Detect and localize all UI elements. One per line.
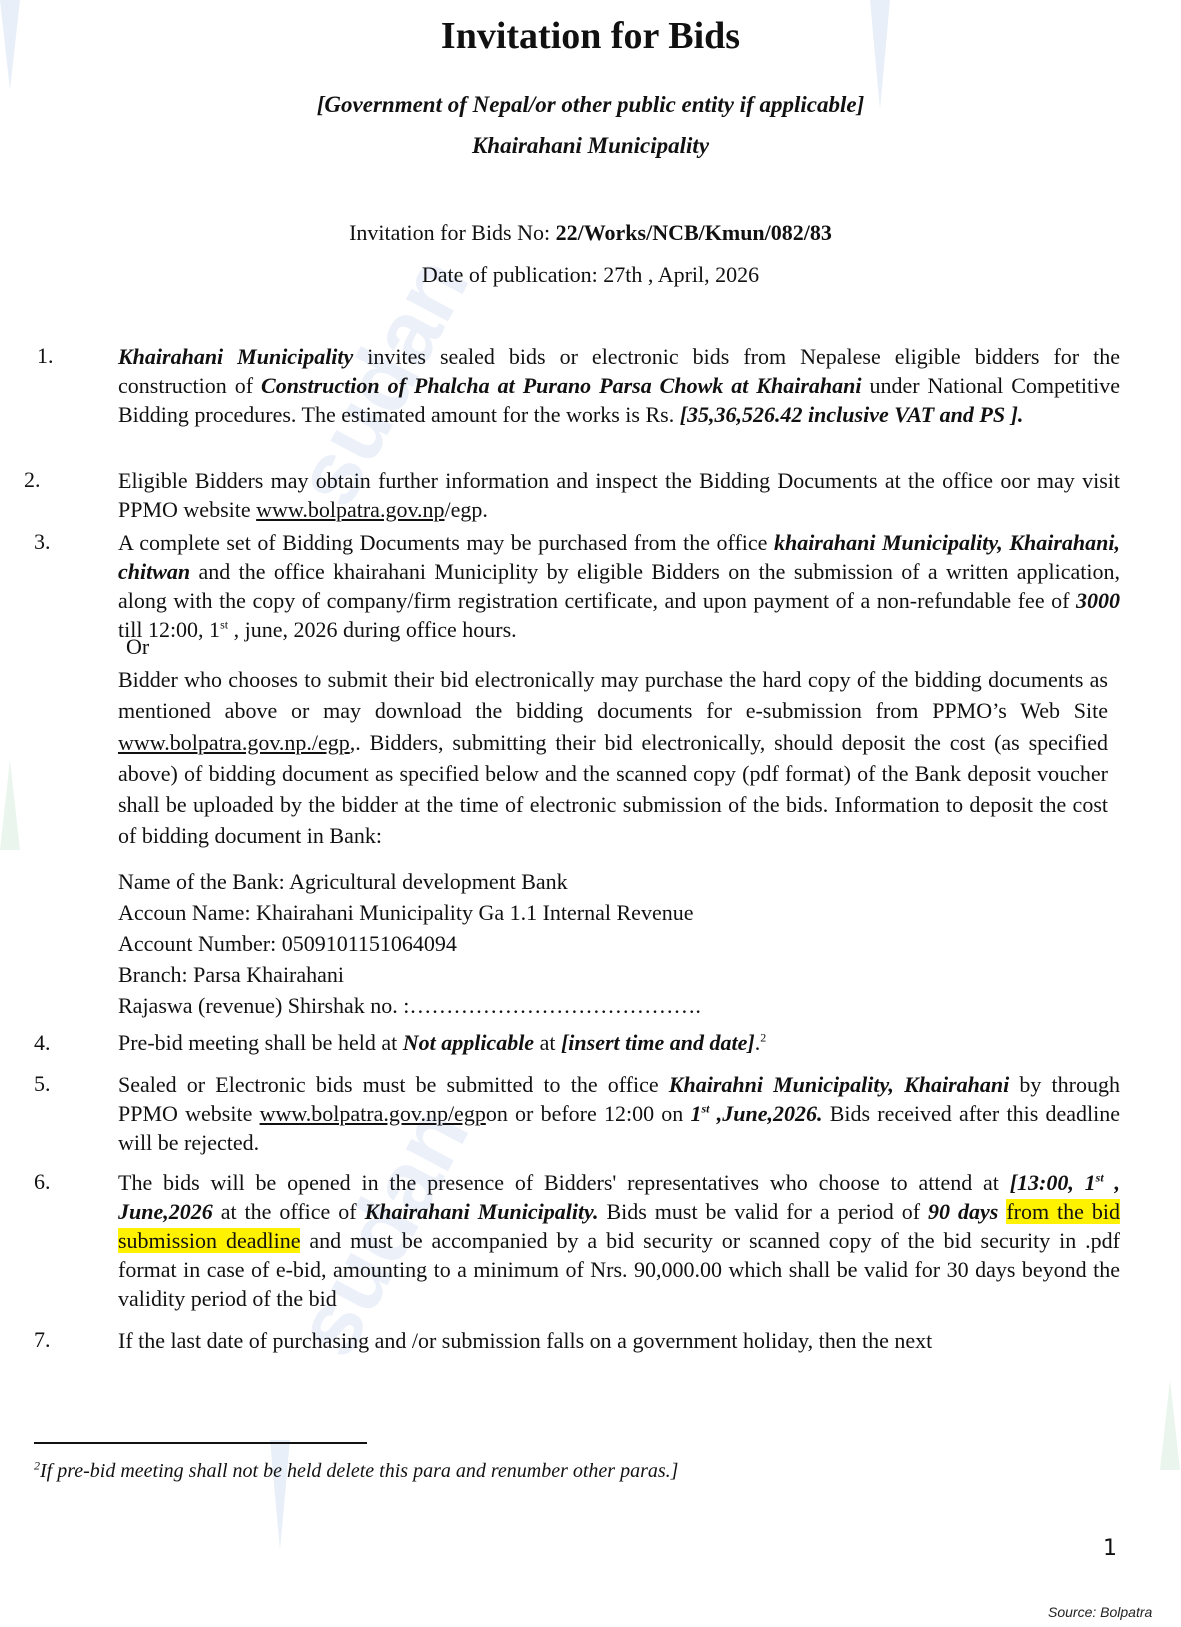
paragraph-2: Eligible Bidders may obtain further info… xyxy=(118,466,1120,524)
source-credit: Source: Bolpatra xyxy=(1048,1604,1152,1620)
watermark-arrow-icon xyxy=(1160,1380,1180,1470)
bolpatra-egp-link[interactable]: www.bolpatra.gov.np./egp xyxy=(118,730,350,755)
bank-name: Name of the Bank: Agricultural developme… xyxy=(118,869,568,895)
watermark-arrow-icon xyxy=(270,1440,290,1550)
bolpatra-link[interactable]: www.bolpatra.gov.np xyxy=(256,497,444,522)
ifb-number: Invitation for Bids No: 22/Works/NCB/Kmu… xyxy=(0,220,1181,246)
account-number: Account Number: 0509101151064094 xyxy=(118,931,457,957)
watermark-arrow-icon xyxy=(0,760,20,850)
entity-name: Khairahani Municipality xyxy=(0,133,1181,159)
publication-date: Date of publication: 27th , April, 2026 xyxy=(0,262,1181,288)
revenue-shirshak: Rajaswa (revenue) Shirshak no. :……………………… xyxy=(118,993,701,1019)
footnote-divider xyxy=(34,1442,367,1444)
subtitle: [Government of Nepal/or other public ent… xyxy=(0,92,1181,118)
item-number: 6. xyxy=(34,1169,51,1195)
item-number: 4. xyxy=(34,1030,51,1056)
bolpatra-egp-link[interactable]: www.bolpatra.gov.np/egp xyxy=(260,1101,486,1126)
paragraph-6: The bids will be opened in the presence … xyxy=(118,1168,1120,1313)
paragraph-3-electronic: Bidder who chooses to submit their bid e… xyxy=(118,664,1108,852)
bank-branch: Branch: Parsa Khairahani xyxy=(118,962,344,988)
paragraph-7: If the last date of purchasing and /or s… xyxy=(118,1326,1120,1355)
paragraph-5: Sealed or Electronic bids must be submit… xyxy=(118,1070,1120,1157)
page-number: 1 xyxy=(1103,1536,1117,1561)
paragraph-3: A complete set of Bidding Documents may … xyxy=(118,528,1120,644)
paragraph-1: Khairahani Municipality invites sealed b… xyxy=(118,342,1120,429)
account-name: Accoun Name: Khairahani Municipality Ga … xyxy=(118,900,693,926)
footnote: 2If pre-bid meeting shall not be held de… xyxy=(34,1460,678,1483)
item-number: 7. xyxy=(34,1327,51,1353)
paragraph-4: Pre-bid meeting shall be held at Not app… xyxy=(118,1028,1120,1057)
item-number: 3. xyxy=(34,529,51,555)
item-number: 2. xyxy=(24,467,41,493)
item-number: 1. xyxy=(37,343,54,369)
or-label: Or xyxy=(126,632,1128,661)
page-title: Invitation for Bids xyxy=(0,14,1181,58)
item-number: 5. xyxy=(34,1071,51,1097)
